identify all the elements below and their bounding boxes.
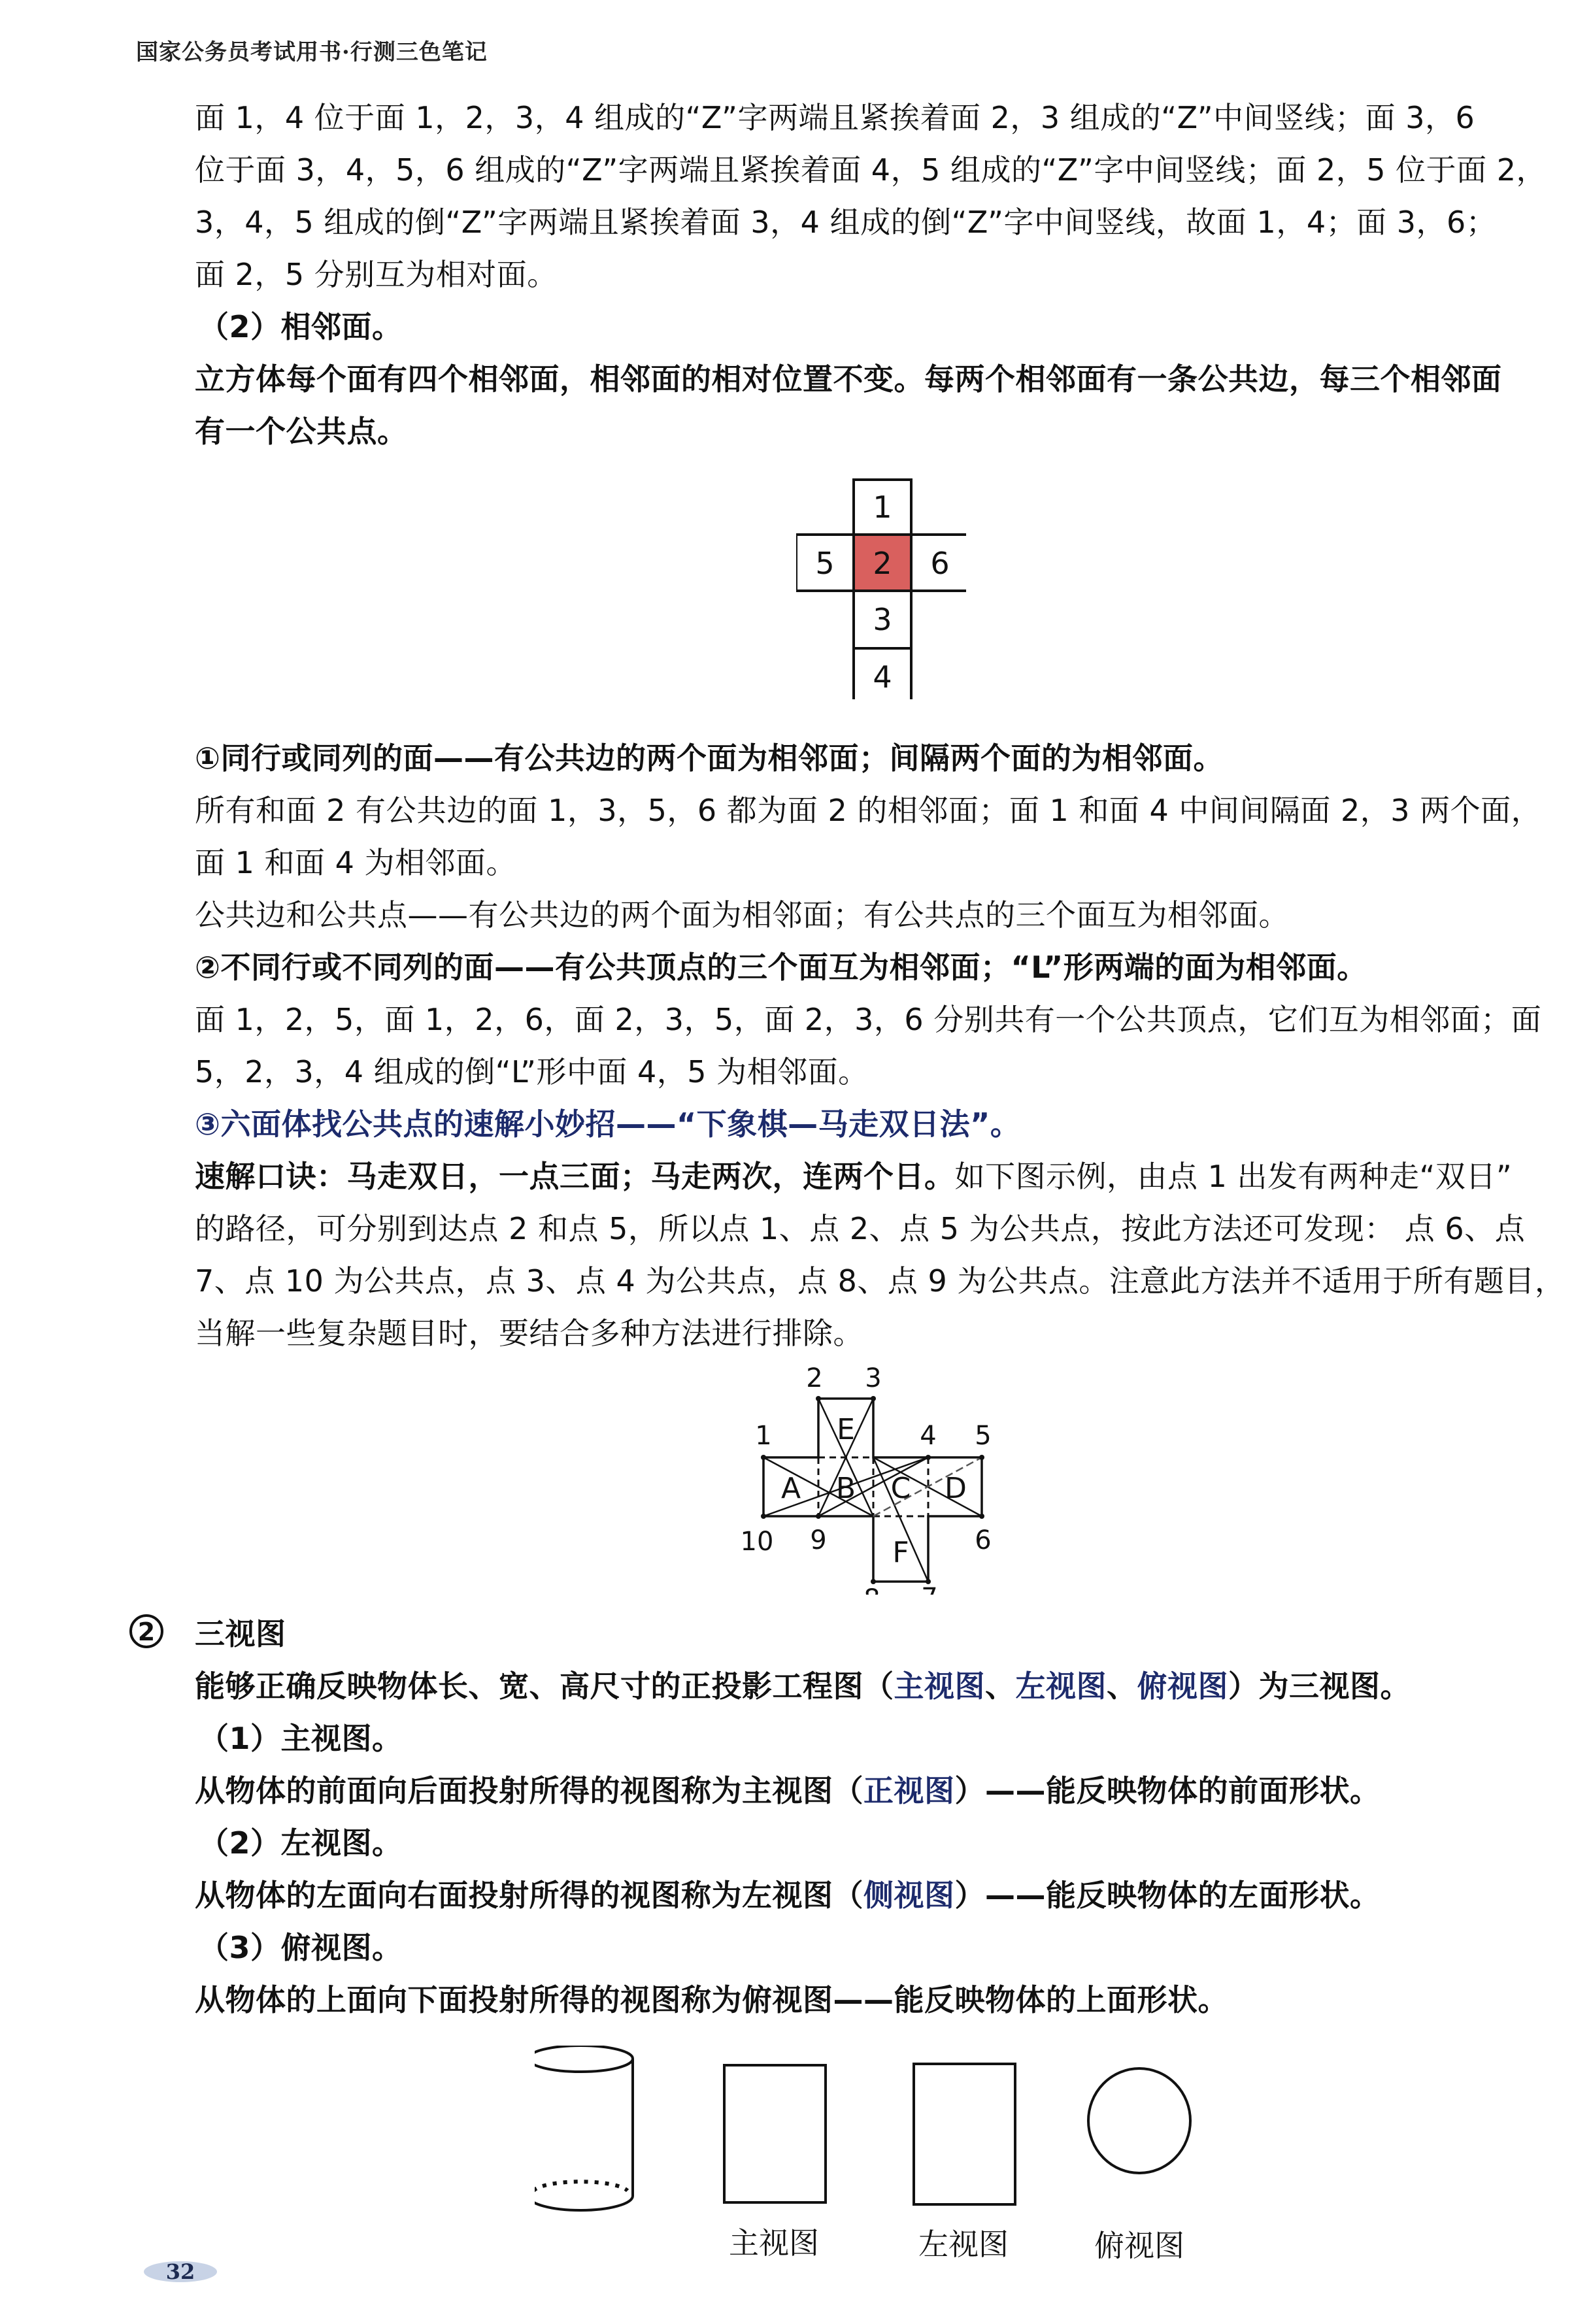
knight-move-figure: 1 2 3 4 5 6 7 8 9 10 A B C D E F: [195, 1359, 1574, 1601]
view-label: 俯视图: [1094, 2228, 1184, 2263]
text-line: 公共边和公共点——有公共边的两个面为相邻面；有公共点的三个面互为相邻面。: [195, 889, 1574, 941]
text-line: 面 1，2，5，面 1，2，6，面 2，3，5，面 2，3，6 分别共有一个公共…: [195, 993, 1574, 1046]
text-span: ）——能反映物体的左面形状。: [955, 1878, 1381, 1913]
three-views-section: 2 三视图 能够正确反映物体长、宽、高尺寸的正投影工程图（主视图、左视图、俯视图…: [195, 1608, 1574, 2026]
text-span: ）——能反映物体的前面形状。: [955, 1773, 1381, 1808]
rule-1: ①同行或同列的面——有公共边的两个面为相邻面；间隔两个面的为相邻面。 所有和面 …: [195, 732, 1574, 941]
text-span: 能够正确反映物体长、宽、高尺寸的正投影工程图（: [195, 1668, 894, 1704]
point-label: 5: [975, 1421, 991, 1451]
text-line: 当解一些复杂题目时，要结合多种方法进行排除。: [195, 1307, 1574, 1359]
cube-net-diagram: 1 2 3 4 5 6: [796, 477, 966, 699]
mnemonic-label: 速解口诀：马走双日，一点三面；马走两次，连两个日。: [195, 1159, 955, 1194]
face-label: 1: [873, 490, 892, 525]
cylinder-three-views-diagram: 主视图 左视图 俯视图: [535, 2046, 1319, 2281]
text-span: 如下图示例，由点 1 出发有两种走“双日”: [955, 1159, 1513, 1194]
text-line: 3，4，5 组成的倒“Z”字两端且紧挨着面 3，4 组成的倒“Z”字中间竖线，故…: [195, 196, 1574, 248]
rule-title: ②不同行或不同列的面——有公共顶点的三个面互为相邻面；“L”形两端的面为相邻面。: [195, 941, 1574, 993]
text-line: 5，2，3，4 组成的倒“L”形中面 4，5 为相邻面。: [195, 1046, 1574, 1098]
face-label: 2: [873, 546, 892, 581]
face-label: 3: [873, 602, 892, 637]
three-views-figure: 主视图 左视图 俯视图: [195, 2046, 1574, 2281]
opposite-faces-paragraph: 面 1，4 位于面 1，2，3，4 组成的“Z”字两端且紧挨着面 2，3 组成的…: [195, 91, 1574, 301]
text-line: 面 1 和面 4 为相邻面。: [195, 837, 1574, 889]
point-label: 6: [975, 1525, 991, 1555]
face-label: C: [891, 1472, 911, 1505]
text-span: 从物体的左面向右面投射所得的视图称为左视图（: [195, 1878, 863, 1913]
term-alias: 正视图: [863, 1773, 955, 1808]
subheading-top-view: （3）俯视图。: [195, 1921, 1574, 1974]
text-line: 位于面 3，4，5，6 组成的“Z”字两端且紧挨着面 4，5 组成的“Z”字中间…: [195, 144, 1574, 196]
face-label: E: [837, 1413, 855, 1446]
text-line: 7、点 10 为公共点，点 3、点 4 为公共点，点 8、点 9 为公共点。注意…: [195, 1255, 1574, 1307]
face-label: A: [781, 1472, 801, 1505]
face-label: 4: [873, 659, 892, 695]
view-label: 主视图: [729, 2225, 819, 2261]
point-label: 1: [755, 1421, 771, 1451]
face-label: B: [836, 1472, 856, 1505]
subheading-left-view: （2）左视图。: [195, 1817, 1574, 1869]
face-label: D: [945, 1472, 967, 1505]
point-label: 8: [863, 1584, 880, 1595]
top-view-definition: 从物体的上面向下面投射所得的视图称为俯视图——能反映物体的上面形状。: [195, 1974, 1574, 2026]
definition-line: 有一个公共点。: [195, 405, 1574, 457]
text-line: 面 1，4 位于面 1，2，3，4 组成的“Z”字两端且紧挨着面 2，3 组成的…: [195, 91, 1574, 144]
point-label: 7: [921, 1583, 937, 1595]
view-label: 左视图: [918, 2227, 1009, 2262]
point-label: 3: [865, 1363, 881, 1393]
page-number-badge: 32: [144, 2261, 217, 2282]
section-number-badge: 2: [129, 1614, 163, 1648]
term-front-view: 主视图: [894, 1668, 986, 1704]
top-view-circle: [1088, 2068, 1190, 2173]
intro-line: 能够正确反映物体长、宽、高尺寸的正投影工程图（主视图、左视图、俯视图）为三视图。: [195, 1660, 1574, 1712]
text-line: 面 2，5 分别互为相对面。: [195, 248, 1574, 301]
rule-title: ③六面体找公共点的速解小妙招——“下象棋—马走双日法”。: [195, 1098, 1574, 1150]
point-label: 4: [920, 1421, 936, 1451]
knight-move-diagram: 1 2 3 4 5 6 7 8 9 10 A B C D E F: [737, 1359, 1025, 1595]
text-span: ）为三视图。: [1228, 1668, 1411, 1704]
text-line: 的路径，可分别到达点 2 和点 5，所以点 1、点 2、点 5 为公共点，按此方…: [195, 1203, 1574, 1255]
point-label: 9: [810, 1525, 826, 1555]
page-content: 面 1，4 位于面 1，2，3，4 组成的“Z”字两端且紧挨着面 2，3 组成的…: [195, 91, 1574, 2281]
front-view-rectangle: [724, 2065, 826, 2202]
section-heading: 三视图: [195, 1608, 1574, 1660]
rule-3: ③六面体找公共点的速解小妙招——“下象棋—马走双日法”。 速解口诀：马走双日，一…: [195, 1098, 1574, 1359]
term-top-view: 俯视图: [1137, 1668, 1229, 1704]
point-label: 10: [741, 1527, 774, 1557]
left-view-rectangle: [914, 2064, 1015, 2204]
term-left-view: 左视图: [1016, 1668, 1107, 1704]
point-label: 2: [806, 1363, 822, 1393]
cube-net-figure: 1 2 3 4 5 6: [195, 477, 1574, 719]
adjacent-faces-section: （2）相邻面。 立方体每个面有四个相邻面，相邻面的相对位置不变。每两个相邻面有一…: [195, 301, 1574, 457]
front-view-definition: 从物体的前面向后面投射所得的视图称为主视图（正视图）——能反映物体的前面形状。: [195, 1765, 1574, 1817]
section-subheading: （2）相邻面。: [195, 301, 1574, 353]
left-view-definition: 从物体的左面向右面投射所得的视图称为左视图（侧视图）——能反映物体的左面形状。: [195, 1869, 1574, 1921]
running-header: 国家公务员考试用书·行测三色笔记: [136, 34, 488, 66]
rule-2: ②不同行或不同列的面——有公共顶点的三个面互为相邻面；“L”形两端的面为相邻面。…: [195, 941, 1574, 1098]
cylinder-top-ellipse: [535, 2046, 633, 2072]
face-label: 5: [815, 546, 834, 581]
text-line: 所有和面 2 有公共边的面 1，3，5，6 都为面 2 的相邻面；面 1 和面 …: [195, 784, 1574, 837]
face-label: 6: [930, 546, 949, 581]
subheading-front-view: （1）主视图。: [195, 1712, 1574, 1765]
face-label: F: [892, 1536, 909, 1569]
definition-line: 立方体每个面有四个相邻面，相邻面的相对位置不变。每两个相邻面有一条公共边，每三个…: [195, 353, 1574, 405]
text-line: 速解口诀：马走双日，一点三面；马走两次，连两个日。如下图示例，由点 1 出发有两…: [195, 1150, 1574, 1203]
rule-title: ①同行或同列的面——有公共边的两个面为相邻面；间隔两个面的为相邻面。: [195, 732, 1574, 784]
text-span: 从物体的前面向后面投射所得的视图称为主视图（: [195, 1773, 863, 1808]
term-alias: 侧视图: [863, 1878, 955, 1913]
